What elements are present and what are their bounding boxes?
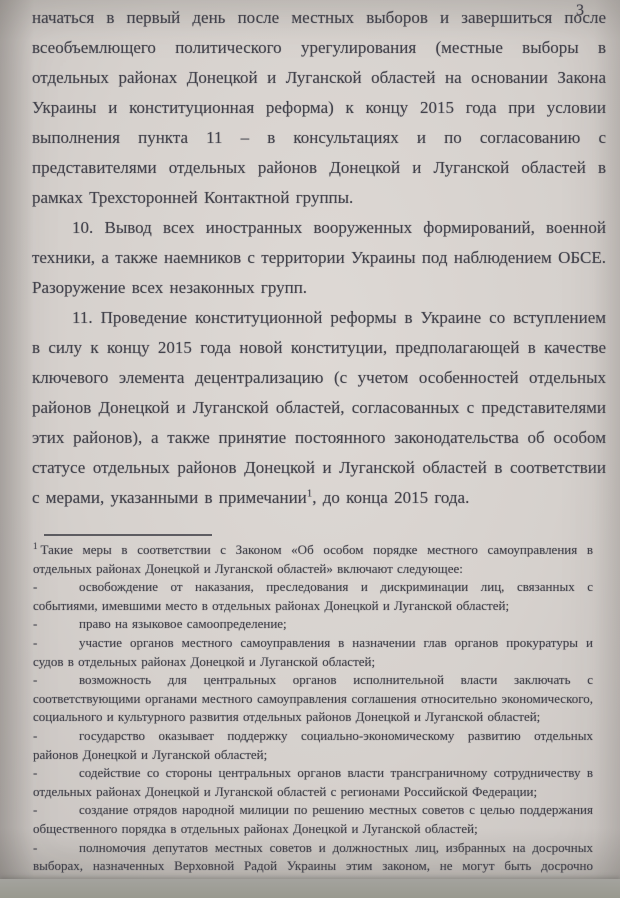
footnote-item-text: государство оказывает поддержку социальн… [33, 728, 593, 762]
footnote-intro: 1Такие меры в соответствии с Законом «Об… [33, 541, 593, 578]
dash-bullet: - [33, 578, 79, 597]
document-body: начаться в первый день после местных выб… [32, 3, 606, 513]
footnote-item: -право на языковое самоопределение; [33, 615, 593, 634]
dash-bullet: - [33, 671, 79, 690]
paragraph-10: 10. Вывод всех иностранных вооруженных ф… [32, 213, 606, 303]
footnote-separator-line [44, 534, 212, 536]
footnote-number-mark: 1 [33, 541, 38, 551]
footnote-item: -участие органов местного самоуправления… [33, 634, 593, 671]
paragraph-11-tail: , до конца 2015 года. [312, 488, 469, 507]
footnote-item: -государство оказывает поддержку социаль… [33, 727, 593, 764]
footnote-item-text: создание отрядов народной милиции по реш… [33, 802, 593, 836]
paragraph-continuation: начаться в первый день после местных выб… [32, 3, 606, 213]
dash-bullet: - [33, 801, 79, 820]
document-photo-page: 3 начаться в первый день после местных в… [0, 0, 620, 898]
photo-bottom-edge [0, 879, 620, 898]
footnote-item-text: содействие со стороны центральных органо… [33, 765, 593, 799]
dash-bullet: - [33, 727, 79, 746]
footnote-item-text: участие органов местного самоуправления … [33, 635, 593, 669]
footnote-item: -возможность для центральных органов исп… [33, 671, 593, 727]
paragraph-11: 11. Проведение конституционной реформы в… [32, 303, 606, 513]
footnote-item-text: возможность для центральных органов испо… [33, 672, 593, 724]
footnote-item: -содействие со стороны центральных орган… [33, 764, 593, 801]
footnote-item: -освобождение от наказания, преследовани… [33, 578, 593, 615]
dash-bullet: - [33, 764, 79, 783]
footnote-item-text: освобождение от наказания, преследования… [33, 579, 593, 613]
footnote-intro-text: Такие меры в соответствии с Законом «Об … [33, 542, 593, 576]
footnote-item: -создание отрядов народной милиции по ре… [33, 801, 593, 838]
dash-bullet: - [33, 839, 79, 858]
dash-bullet: - [33, 634, 79, 653]
dash-bullet: - [33, 615, 79, 634]
footnote-item-text: право на языковое самоопределение; [79, 616, 287, 631]
paragraph-11-text: 11. Проведение конституционной реформы в… [32, 308, 606, 507]
footnote-block: 1Такие меры в соответствии с Законом «Об… [33, 541, 593, 894]
